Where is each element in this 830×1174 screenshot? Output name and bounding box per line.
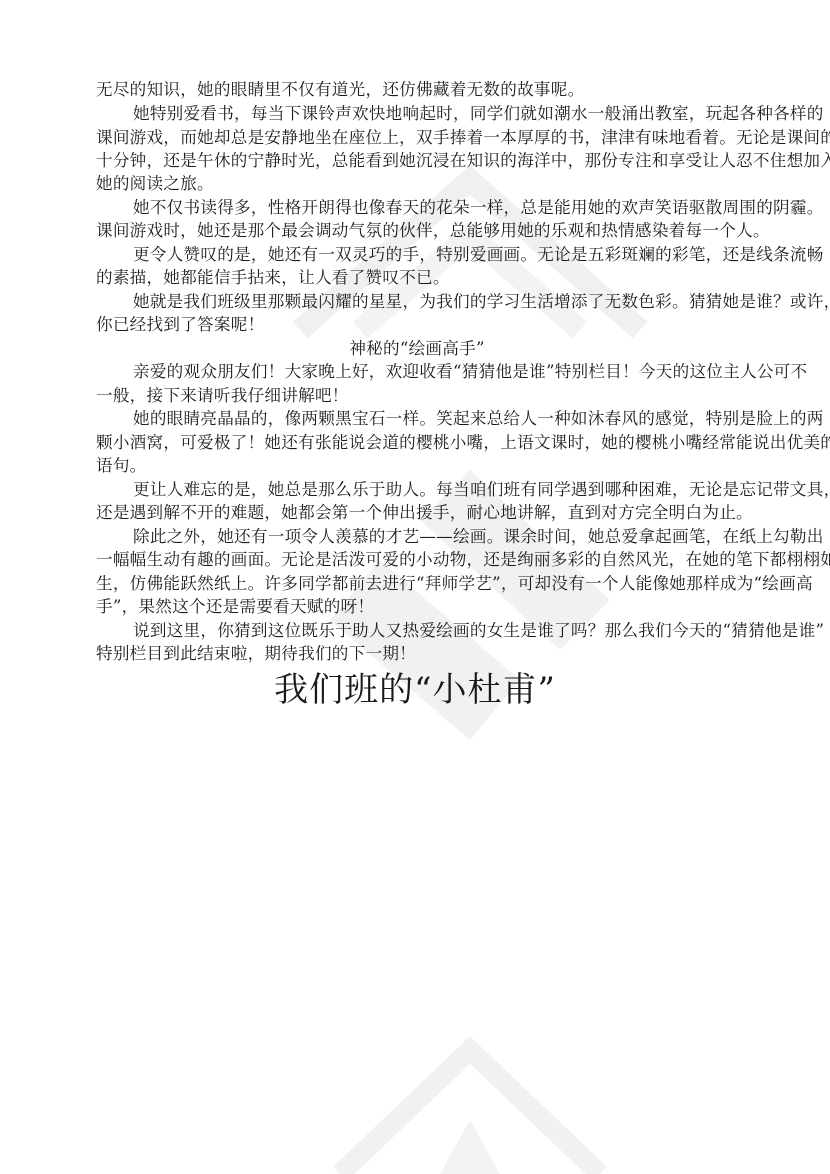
paragraph-line: 她的阅读之旅。 <box>96 172 738 196</box>
paragraph-line: 她特别爱看书，每当下课铃声欢快地响起时，同学们就如潮水一般涌出教室，玩起各种各样… <box>96 102 738 126</box>
paragraph-line: 你已经找到了答案呢！ <box>96 313 738 337</box>
paragraph-line: 课间游戏时，她还是那个最会调动气氛的伙伴，总能够用她的乐观和热情感染着每一个人。 <box>96 219 738 243</box>
paragraph-line: 的素描，她都能信手拈来，让人看了赞叹不已。 <box>96 266 738 290</box>
paragraph-line: 她不仅书读得多，性格开朗得也像春天的花朵一样，总是能用她的欢声笑语驱散周围的阴霾… <box>96 196 738 220</box>
paragraph-line: 除此之外，她还有一项令人羡慕的才艺——绘画。课余时间，她总爱拿起画笔，在纸上勾勒… <box>96 525 738 549</box>
paragraph-line: 还是遇到解不开的难题，她都会第一个伸出援手，耐心地讲解，直到对方完全明白为止。 <box>96 501 738 525</box>
paragraph-line: 更让人难忘的是，她总是那么乐于助人。每当咱们班有同学遇到哪种困难，无论是忘记带文… <box>96 478 738 502</box>
paragraph-line: 语句。 <box>96 454 738 478</box>
paragraph-line: 十分钟，还是午休的宁静时光，总能看到她沉浸在知识的海洋中，那份专注和享受让人忍不… <box>96 149 738 173</box>
paragraph-line: 一幅幅生动有趣的画面。无论是活泼可爱的小动物，还是绚丽多彩的自然风光，在她的笔下… <box>96 548 738 572</box>
paragraph-line: 更令人赞叹的是，她还有一双灵巧的手，特别爱画画。无论是五彩斑斓的彩笔，还是线条流… <box>96 243 738 267</box>
paragraph-line: 特别栏目到此结束啦，期待我们的下一期！ <box>96 642 738 666</box>
paragraph-line: 手”，果然这个还是需要看天赋的呀！ <box>96 595 738 619</box>
paragraph-line: 无尽的知识，她的眼睛里不仅有道光，还仿佛藏着无数的故事呢。 <box>96 78 738 102</box>
paragraph-line: 颗小酒窝，可爱极了！她还有张能说会道的樱桃小嘴，上语文课时，她的樱桃小嘴经常能说… <box>96 431 738 455</box>
paragraph-line: 她的眼睛亮晶晶的，像两颗黑宝石一样。笑起来总给人一种如沐春风的感觉，特别是脸上的… <box>96 407 738 431</box>
article-title: 我们班的“小杜甫” <box>0 665 830 715</box>
paragraph-line: 亲爱的观众朋友们！大家晚上好，欢迎收看“猜猜他是谁”特别栏目！今天的这位主人公可… <box>96 360 738 384</box>
document-page: 无尽的知识，她的眼睛里不仅有道光，还仿佛藏着无数的故事呢。 她特别爱看书，每当下… <box>0 0 830 1174</box>
section-subtitle: 神秘的“绘画高手” <box>96 337 738 361</box>
paragraph-line: 生，仿佛能跃然纸上。许多同学都前去进行“拜师学艺”，可却没有一个人能像她那样成为… <box>96 572 738 596</box>
paragraph-line: 说到这里，你猜到这位既乐于助人又热爱绘画的女生是谁了吗？那么我们今天的“猜猜他是… <box>96 619 738 643</box>
paragraph-line: 她就是我们班级里那颗最闪耀的星星，为我们的学习生活增添了无数色彩。猜猜她是谁？或… <box>96 290 738 314</box>
paragraph-line: 课间游戏，而她却总是安静地坐在座位上，双手捧着一本厚厚的书，津津有味地看着。无论… <box>96 126 738 150</box>
paragraph-line: 一般，接下来请听我仔细讲解吧！ <box>96 384 738 408</box>
